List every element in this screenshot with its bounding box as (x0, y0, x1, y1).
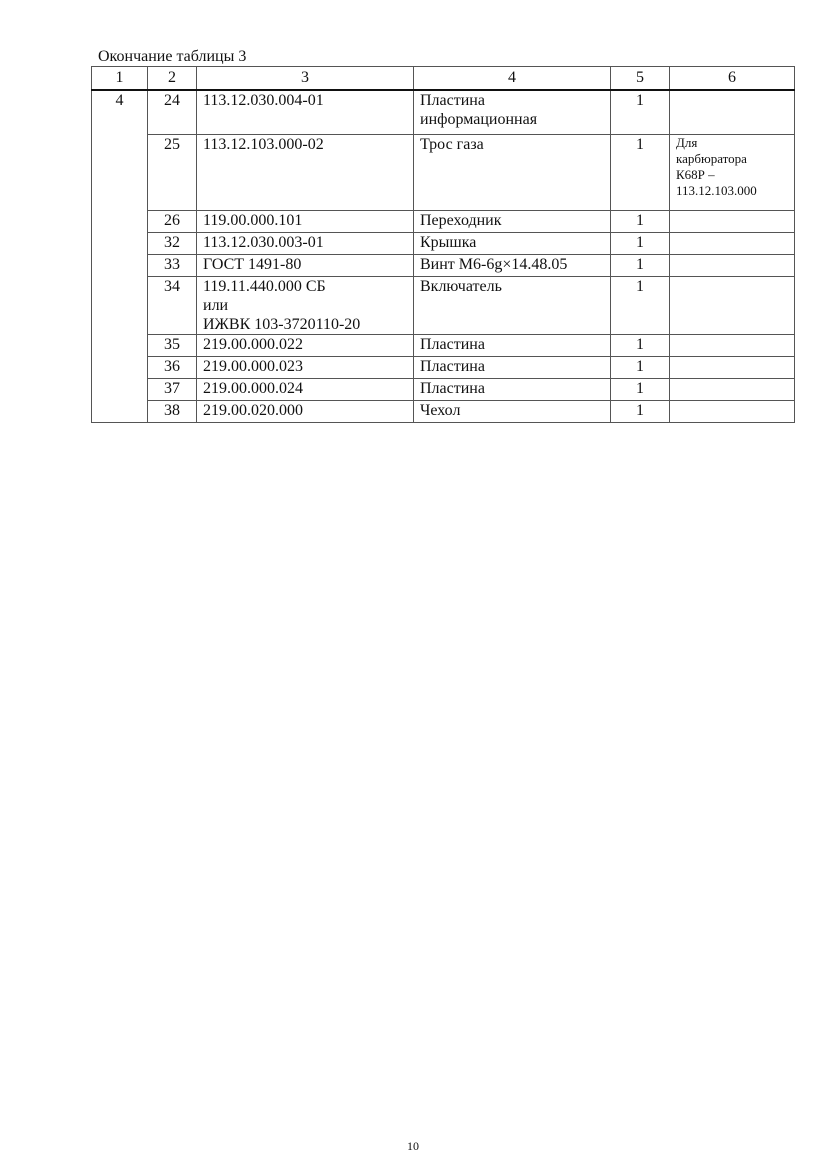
quantity-cell: 1 (611, 90, 670, 134)
quantity-cell: 1 (611, 276, 670, 334)
page-number: 10 (0, 1139, 826, 1154)
table-row: 34119.11.440.000 СБилиИЖВК 103-3720110-2… (92, 276, 795, 334)
name-cell: Пластина (414, 356, 611, 378)
note-cell (670, 90, 795, 134)
designation-cell-line: или (203, 296, 407, 315)
designation-cell-line: 113.12.030.004-01 (203, 91, 407, 110)
note-cell (670, 276, 795, 334)
designation-cell-line: 113.12.103.000-02 (203, 135, 407, 154)
name-cell-line: Трос газа (420, 135, 604, 154)
note-cell-line: К68Р – (676, 167, 788, 183)
position-cell: 34 (148, 276, 197, 334)
position-cell: 37 (148, 378, 197, 400)
name-cell-line: Переходник (420, 211, 604, 230)
designation-cell-line: ИЖВК 103-3720110-20 (203, 315, 407, 334)
name-cell: Крышка (414, 232, 611, 254)
name-cell: Пластина (414, 334, 611, 356)
position-cell: 36 (148, 356, 197, 378)
header-col-1: 1 (92, 67, 148, 91)
designation-cell: 219.00.000.024 (197, 378, 414, 400)
table-row: 32113.12.030.003-01Крышка1 (92, 232, 795, 254)
note-cell-line: карбюратора (676, 151, 788, 167)
designation-cell: ГОСТ 1491-80 (197, 254, 414, 276)
note-cell-line: 113.12.103.000 (676, 183, 788, 199)
position-cell: 25 (148, 134, 197, 210)
quantity-cell: 1 (611, 378, 670, 400)
name-cell-line: Пластина (420, 335, 604, 354)
position-cell: 26 (148, 210, 197, 232)
name-cell: Пластина (414, 378, 611, 400)
quantity-cell: 1 (611, 134, 670, 210)
note-cell: ДлякарбюратораК68Р –113.12.103.000 (670, 134, 795, 210)
designation-cell-line: 119.00.000.101 (203, 211, 407, 230)
quantity-cell: 1 (611, 400, 670, 422)
table-body: 424113.12.030.004-01Пластинаинформационн… (92, 90, 795, 422)
designation-cell: 113.12.030.003-01 (197, 232, 414, 254)
name-cell: Трос газа (414, 134, 611, 210)
position-cell: 32 (148, 232, 197, 254)
name-cell-line: Пластина (420, 357, 604, 376)
position-cell: 35 (148, 334, 197, 356)
note-cell (670, 356, 795, 378)
note-cell (670, 334, 795, 356)
table-row: 26119.00.000.101Переходник1 (92, 210, 795, 232)
name-cell-line: Чехол (420, 401, 604, 420)
quantity-cell: 1 (611, 254, 670, 276)
quantity-cell: 1 (611, 210, 670, 232)
specification-table: 1 2 3 4 5 6 424113.12.030.004-01Пластина… (91, 66, 795, 423)
designation-cell-line: 219.00.000.024 (203, 379, 407, 398)
note-cell (670, 232, 795, 254)
designation-cell-line: 219.00.020.000 (203, 401, 407, 420)
name-cell-line: информационная (420, 110, 604, 129)
name-cell-line: Крышка (420, 233, 604, 252)
note-cell (670, 400, 795, 422)
header-col-3: 3 (197, 67, 414, 91)
name-cell: Включатель (414, 276, 611, 334)
position-cell: 24 (148, 90, 197, 134)
name-cell-line: Включатель (420, 277, 604, 296)
designation-cell-line: 119.11.440.000 СБ (203, 277, 407, 296)
designation-cell: 219.00.000.023 (197, 356, 414, 378)
note-cell (670, 254, 795, 276)
name-cell: Переходник (414, 210, 611, 232)
table-row: 424113.12.030.004-01Пластинаинформационн… (92, 90, 795, 134)
quantity-cell: 1 (611, 356, 670, 378)
header-col-4: 4 (414, 67, 611, 91)
name-cell-line: Пластина (420, 379, 604, 398)
table-row: 36219.00.000.023Пластина1 (92, 356, 795, 378)
header-col-5: 5 (611, 67, 670, 91)
header-col-2: 2 (148, 67, 197, 91)
designation-cell-line: 219.00.000.022 (203, 335, 407, 354)
designation-cell: 219.00.000.022 (197, 334, 414, 356)
header-col-6: 6 (670, 67, 795, 91)
designation-cell: 119.11.440.000 СБилиИЖВК 103-3720110-20 (197, 276, 414, 334)
name-cell: Винт М6-6g×14.48.05 (414, 254, 611, 276)
position-cell: 38 (148, 400, 197, 422)
name-cell: Чехол (414, 400, 611, 422)
table-row: 33ГОСТ 1491-80Винт М6-6g×14.48.051 (92, 254, 795, 276)
designation-cell-line: 219.00.000.023 (203, 357, 407, 376)
table-caption: Окончание таблицы 3 (98, 47, 246, 66)
designation-cell-line: 113.12.030.003-01 (203, 233, 407, 252)
name-cell-line: Пластина (420, 91, 604, 110)
name-cell-line: Винт М6-6g×14.48.05 (420, 255, 604, 274)
designation-cell: 219.00.020.000 (197, 400, 414, 422)
position-cell: 33 (148, 254, 197, 276)
name-cell: Пластинаинформационная (414, 90, 611, 134)
designation-cell: 113.12.103.000-02 (197, 134, 414, 210)
table-row: 35219.00.000.022Пластина1 (92, 334, 795, 356)
designation-cell: 113.12.030.004-01 (197, 90, 414, 134)
quantity-cell: 1 (611, 334, 670, 356)
note-cell-line: Для (676, 135, 788, 151)
note-cell (670, 378, 795, 400)
designation-cell: 119.00.000.101 (197, 210, 414, 232)
designation-cell-line: ГОСТ 1491-80 (203, 255, 407, 274)
group-cell: 4 (92, 90, 148, 422)
table-row: 25113.12.103.000-02Трос газа1Длякарбюрат… (92, 134, 795, 210)
table-row: 37219.00.000.024Пластина1 (92, 378, 795, 400)
header-row: 1 2 3 4 5 6 (92, 67, 795, 91)
note-cell (670, 210, 795, 232)
table-row: 38219.00.020.000Чехол1 (92, 400, 795, 422)
quantity-cell: 1 (611, 232, 670, 254)
